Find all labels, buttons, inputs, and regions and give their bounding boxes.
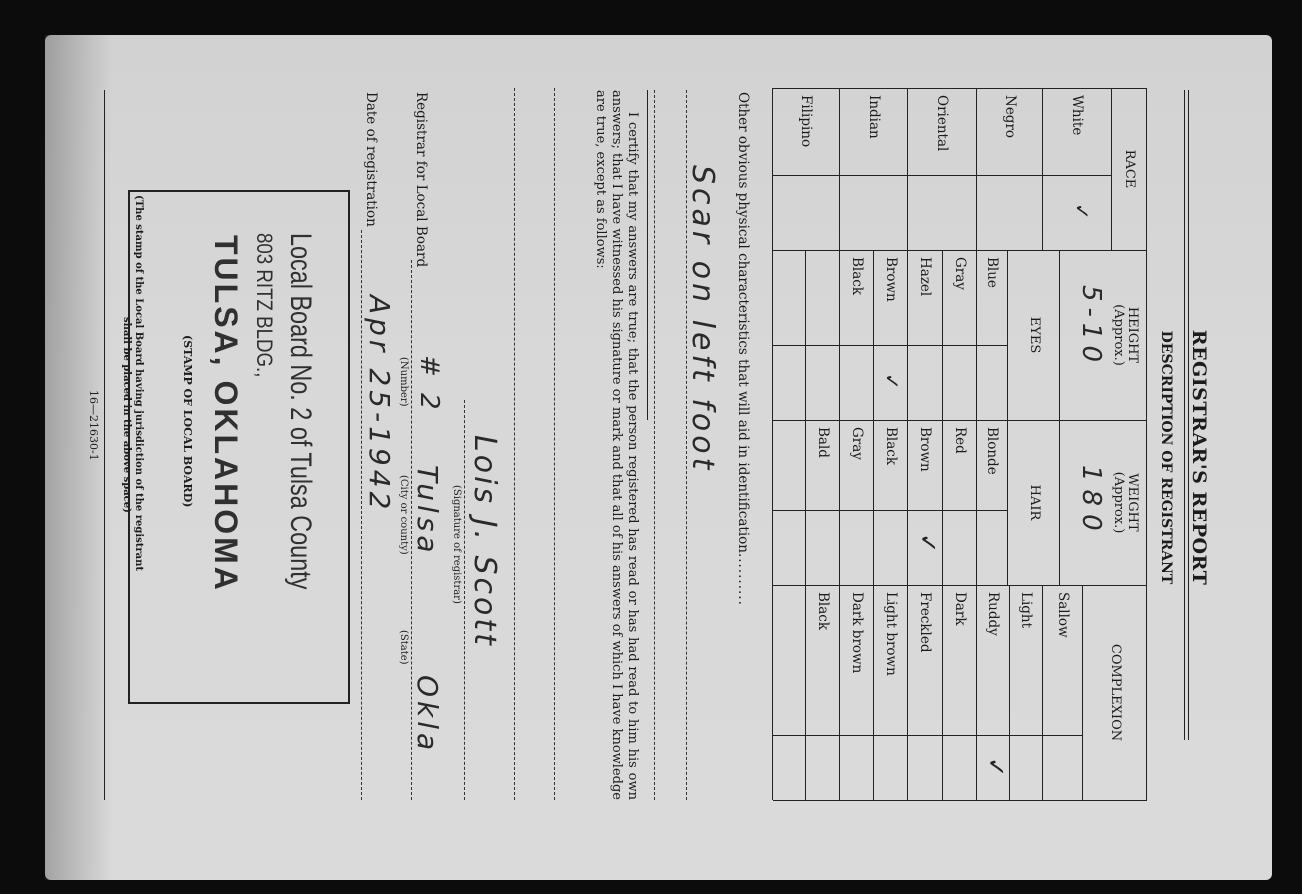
complexion-row: Light [1010, 592, 1043, 628]
city-caption: (City or county) [398, 475, 409, 555]
hair-label: Brown [918, 427, 934, 472]
complexion-header: COMPLEXION [1083, 585, 1147, 800]
eyes-label: Hazel [918, 257, 934, 296]
stamp-note-2: shall be placed in the above space) [121, 317, 132, 513]
complexion-row: Dark brown [840, 592, 874, 673]
document-title: REGISTRAR'S REPORT [1188, 35, 1210, 880]
board-city-value[interactable]: Tulsa [411, 465, 444, 557]
complexion-row: Ruddy [977, 592, 1010, 636]
height-header-label: HEIGHT [1125, 307, 1139, 363]
form-number: 16—21630-1 [87, 390, 100, 461]
hair-row: Red [943, 427, 977, 454]
board-number-value[interactable]: # 2 [414, 355, 444, 414]
eyes-brown-checkbox[interactable]: ✓ [880, 373, 904, 390]
race-row-indian: Indian [840, 95, 908, 139]
hair-row: Blonde [977, 427, 1008, 475]
registration-card-back: REGISTRAR'S REPORT DESCRIPTION OF REGIST… [45, 35, 1272, 880]
complexion-row: Sallow [1043, 592, 1083, 638]
stamp-caption: (STAMP OF LOCAL BOARD) [181, 335, 194, 507]
state-caption: (State) [398, 630, 409, 665]
eyes-label: Brown [883, 257, 899, 302]
complexion-row: Freckled [908, 592, 943, 653]
eyes-label: Gray [952, 257, 968, 290]
local-board-label: Registrar for Local Board [413, 92, 429, 267]
race-row-negro: Negro [977, 95, 1043, 138]
race-white-checkbox[interactable]: ✓ [1070, 203, 1094, 220]
hair-row: Bald [806, 427, 840, 458]
eyes-row: Brown [874, 257, 908, 302]
leader-dots: .......... [735, 553, 751, 606]
weight-value[interactable]: 180 [1076, 465, 1106, 539]
race-label: Oriental [935, 95, 951, 151]
stamp-note-1: (The stamp of the Local Board having jur… [133, 195, 144, 571]
hair-header: HAIR [1008, 420, 1060, 585]
race-row-oriental: Oriental [908, 95, 977, 151]
height-value[interactable]: 5-10 [1076, 285, 1106, 368]
race-label: Negro [1002, 95, 1018, 138]
hair-label: Black [883, 427, 899, 465]
complexion-ruddy-checkbox[interactable]: ✓ [982, 757, 1010, 777]
complexion-row: Black [806, 592, 840, 630]
table-bottom-border [772, 88, 773, 800]
bottom-rule [104, 90, 105, 800]
race-section-divider [773, 250, 1147, 251]
complexion-label: Light [1019, 592, 1035, 628]
eyes-hair-header-rule [1007, 250, 1008, 585]
eyes-header: EYES [1008, 250, 1060, 420]
eyes-label: Blue [985, 257, 1001, 288]
other-characteristics-value[interactable]: Scar on left foot [685, 165, 720, 473]
height-weight-divider [773, 420, 1147, 421]
eyes-hair-row-rule [976, 250, 977, 585]
weight-header-label: WEIGHT [1125, 473, 1139, 531]
complexion-header-label: COMPLEXION [1108, 644, 1122, 741]
hair-row: Gray [840, 427, 874, 460]
date-label: Date of registration [363, 92, 379, 227]
eyes-label: Black [849, 257, 865, 295]
stamp-line-1: Local Board No. 2 of Tulsa County [283, 233, 317, 589]
registrar-signature[interactable]: Lois J. Scott [467, 435, 502, 648]
race-label: White [1070, 95, 1086, 135]
characteristics-line [686, 90, 687, 800]
certification-text: I certify that my answers are true; that… [592, 90, 640, 800]
eyes-header-label: EYES [1027, 317, 1041, 353]
table-right-border [773, 800, 1147, 801]
title-rule-2 [1184, 90, 1185, 740]
weight-header: WEIGHT (Approx.) [1106, 420, 1144, 585]
hair-header-label: HAIR [1027, 485, 1041, 521]
complexion-col-divider [773, 735, 1083, 736]
hair-row: Black [874, 427, 908, 465]
hair-label: Gray [849, 427, 865, 460]
weight-header-sub: (Approx.) [1111, 472, 1125, 534]
complexion-row: Light brown [874, 592, 908, 676]
stamp-line-2: 803 RITZ BLDG., [251, 233, 277, 377]
eyes-hair-row-rule [805, 250, 806, 585]
other-characteristics-text: Other obvious physical characteristics t… [735, 92, 751, 553]
complexion-label: Dark brown [849, 592, 865, 673]
eyes-hair-row-rule [942, 250, 943, 585]
eyes-col-divider [773, 345, 1008, 346]
complexion-label: Sallow [1055, 592, 1071, 638]
complexion-row-rule [805, 585, 806, 800]
eyes-hair-row-rule [873, 250, 874, 585]
complexion-label: Ruddy [986, 592, 1002, 636]
race-row-filipino: Filipino [773, 95, 840, 147]
eyes-row: Black [840, 257, 874, 295]
stamp-line-3: TULSA, OKLAHOMA [207, 235, 244, 593]
title-rule-1 [1188, 90, 1189, 740]
other-characteristics-label: Other obvious physical characteristics t… [735, 92, 751, 606]
exception-line-1 [554, 88, 555, 800]
complexion-row: Dark [943, 592, 977, 626]
exception-line-2 [514, 88, 515, 800]
date-line [361, 230, 362, 800]
signature-caption: (Signature of registrar) [451, 485, 462, 604]
complexion-label: Dark [952, 592, 968, 626]
eyes-hair-row-rule [839, 250, 840, 585]
race-header: RACE [1112, 88, 1147, 250]
signature-line [464, 400, 465, 800]
height-header: HEIGHT (Approx.) [1106, 250, 1144, 420]
certification-rule [647, 90, 648, 420]
race-label: Filipino [799, 95, 815, 147]
eyes-row: Blue [977, 257, 1008, 288]
race-header-label: RACE [1123, 150, 1137, 189]
height-header-sub: (Approx.) [1111, 304, 1125, 366]
complexion-label: Freckled [918, 592, 934, 653]
board-state-value[interactable]: Okla [411, 675, 444, 754]
section-subtitle: DESCRIPTION OF REGISTRANT [1158, 35, 1174, 880]
complexion-label: Black [815, 592, 831, 630]
hair-col-divider [773, 510, 1008, 511]
eyes-row: Gray [943, 257, 977, 290]
race-label: Indian [866, 95, 882, 139]
hair-label: Bald [815, 427, 831, 458]
hair-label: Blonde [985, 427, 1001, 475]
race-col-divider [773, 175, 1112, 176]
hair-brown-checkbox[interactable]: ✓ [914, 533, 942, 553]
characteristics-line-2 [654, 90, 655, 800]
race-row-white: White [1043, 95, 1112, 135]
eyes-row: Hazel [908, 257, 943, 296]
table-left-border [773, 88, 1147, 89]
hair-row: Brown [908, 427, 943, 472]
number-caption: (Number) [398, 357, 409, 407]
complexion-label: Light brown [883, 592, 899, 676]
hair-label: Red [952, 427, 968, 454]
date-value[interactable]: Apr 25-1942 [363, 295, 396, 513]
